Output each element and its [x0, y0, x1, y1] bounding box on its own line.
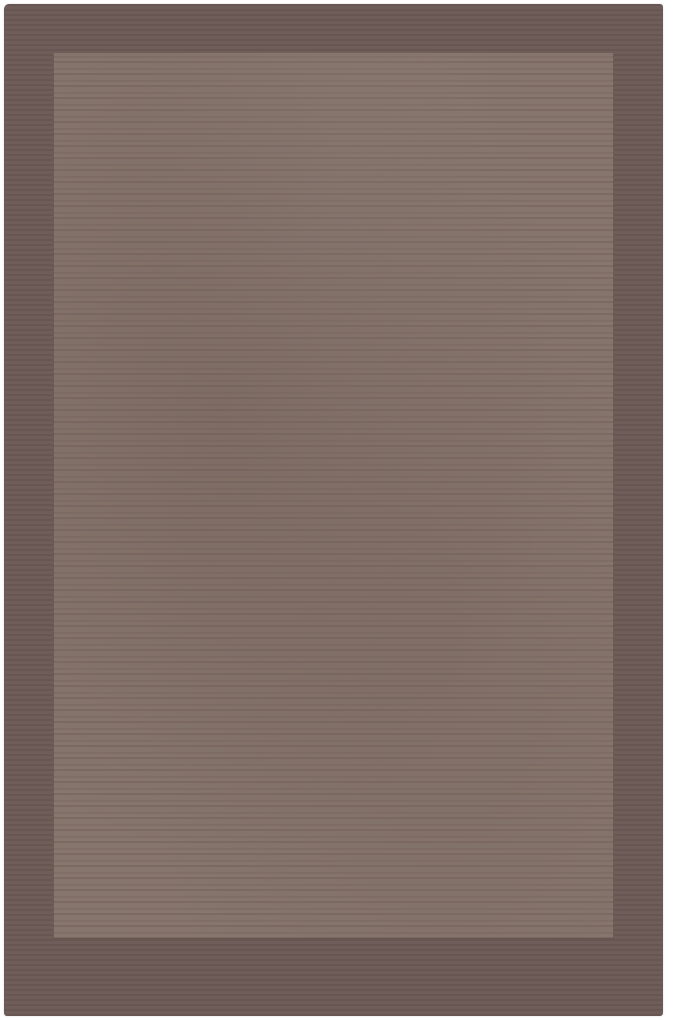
rug-center-field: [53, 52, 614, 939]
rug: [4, 4, 663, 1016]
